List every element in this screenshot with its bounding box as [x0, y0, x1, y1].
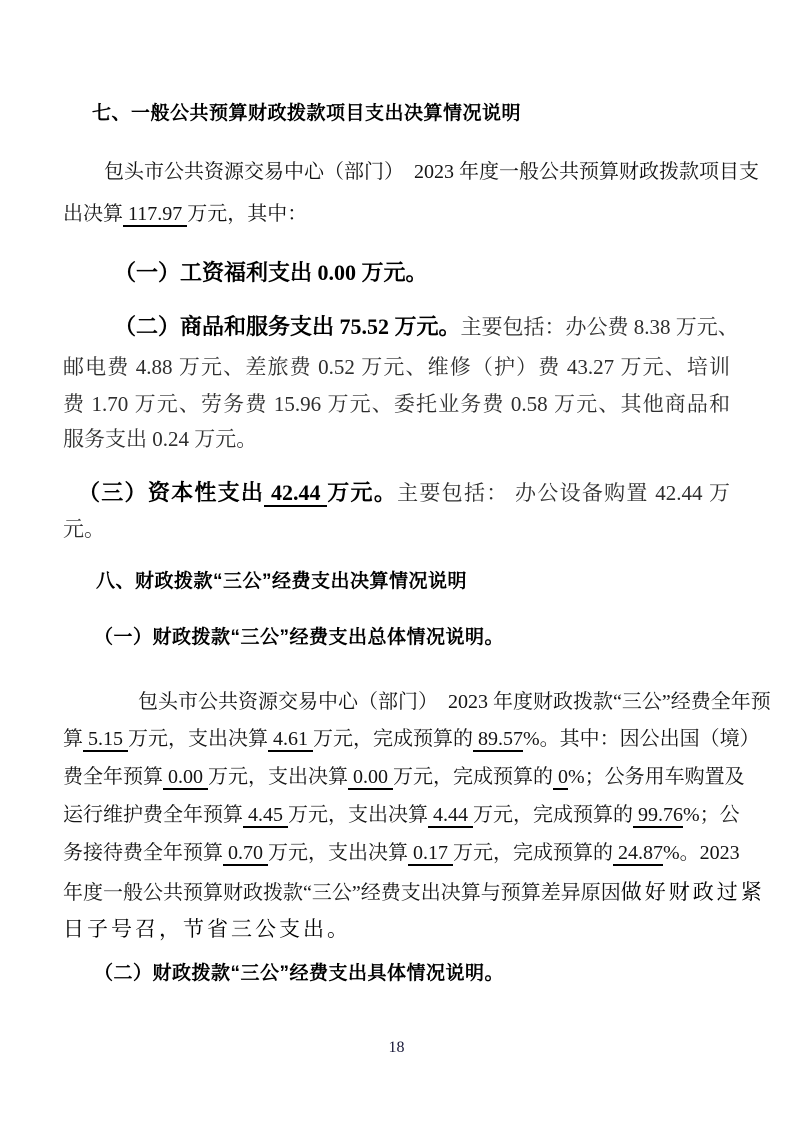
text-run: 邮电费 4.88 万元、差旅费 0.52 万元、维修（护）费 43.27 万元、…: [63, 355, 730, 379]
underlined-value: 4.44: [428, 804, 473, 828]
document-page: 七、一般公共预算财政拨款项目支出决算情况说明包头市公共资源交易中心（部门） 20…: [0, 0, 793, 1122]
para-sangong-line-7: 日子号召，节省三公支出。: [63, 916, 351, 942]
item-salary-welfare: （一）工资福利支出 0.00 万元。: [114, 259, 428, 287]
item-goods-services-line-1: （二）商品和服务支出 75.52 万元。主要包括：办公费 8.38 万元、: [114, 313, 730, 341]
heading-section-8: 八、财政拨款“三公”经费支出决算情况说明: [96, 570, 467, 594]
text-run: 八、财政拨款“三公”经费支出决算情况说明: [96, 571, 467, 592]
para-project-expense-line-2: 出决算 117.97 万元，其中：: [63, 202, 307, 227]
subheading-sangong-overall: （一）财政拨款“三公”经费支出总体情况说明。: [94, 626, 504, 650]
underlined-value: 89.57: [473, 728, 523, 752]
text-run: 主要包括：办公费 8.38 万元、: [461, 315, 739, 339]
text-run: %；公: [683, 804, 740, 826]
subheading-sangong-specific: （二）财政拨款“三公”经费支出具体情况说明。: [94, 962, 504, 986]
para-sangong-line-6: 年度一般公共预算财政拨款“三公”经费支出决算与预算差异原因做好财政过紧: [63, 879, 730, 906]
text-run: 万元，完成预算的: [313, 728, 473, 750]
text-run: （一）工资福利支出 0.00 万元。: [114, 260, 428, 285]
text-run: （一）财政拨款“三公”经费支出总体情况说明。: [94, 627, 504, 648]
underlined-value: 0.00: [348, 766, 393, 790]
text-run: 万元。: [327, 480, 397, 505]
text-run: （二）财政拨款“三公”经费支出具体情况说明。: [94, 963, 504, 984]
text-run: 万元，完成预算的: [453, 842, 613, 864]
page-number: 18: [0, 1039, 793, 1057]
text-run: 七、一般公共预算财政拨款项目支出决算情况说明: [92, 103, 521, 124]
text-run: 元。: [63, 517, 105, 541]
text-run: 万元，其中：: [187, 203, 307, 225]
para-sangong-line-3: 费全年预算 0.00 万元，支出决算 0.00 万元，完成预算的 0%；公务用车…: [63, 765, 730, 790]
text-run: 万元，完成预算的: [473, 804, 633, 826]
text-run: 运行维护费全年预算: [63, 804, 243, 826]
underlined-value: 24.87: [613, 842, 663, 866]
item-goods-services-line-2: 邮电费 4.88 万元、差旅费 0.52 万元、维修（护）费 43.27 万元、…: [63, 354, 730, 380]
underlined-value: 4.61: [268, 728, 313, 752]
text-run: （三）资本性支出: [78, 480, 264, 505]
underlined-value: 0.17: [408, 842, 453, 866]
text-run: 费 1.70 万元、劳务费 15.96 万元、委托业务费 0.58 万元、其他商…: [63, 392, 730, 416]
para-project-expense-line-1: 包头市公共资源交易中心（部门） 2023 年度一般公共预算财政拨款项目支: [104, 160, 730, 185]
text-run: 做好财政过紧: [621, 880, 765, 904]
text-run: 服务支出 0.24 万元。: [63, 427, 257, 451]
para-sangong-line-2: 算 5.15 万元，支出决算 4.61 万元，完成预算的 89.57%。其中：因…: [63, 727, 730, 752]
underlined-value: 99.76: [633, 804, 683, 828]
item-capital-expense-line-2: 元。: [63, 516, 105, 542]
para-sangong-line-5: 务接待费全年预算 0.70 万元，支出决算 0.17 万元，完成预算的 24.8…: [63, 841, 730, 866]
text-run: （二）商品和服务支出 75.52 万元。: [114, 314, 461, 339]
text-run: %。2023: [663, 842, 740, 864]
underlined-value: 0.00: [163, 766, 208, 790]
text-run: %；公务用车购置及: [568, 766, 745, 788]
text-run: 年度一般公共预算财政拨款“三公”经费支出决算与预算差异原因: [63, 882, 621, 904]
para-sangong-line-4: 运行维护费全年预算 4.45 万元，支出决算 4.44 万元，完成预算的 99.…: [63, 803, 730, 828]
text-run: 万元，支出决算: [268, 842, 408, 864]
text-run: 包头市公共资源交易中心（部门） 2023 年度一般公共预算财政拨款项目支: [104, 161, 759, 183]
text-run: %。其中：因公出国（境）: [523, 728, 760, 750]
text-run: 主要包括： 办公设备购置 42.44 万: [397, 481, 730, 505]
text-run: 万元，完成预算的: [393, 766, 553, 788]
text-run: 日子号召，节省三公支出。: [63, 917, 351, 941]
underlined-value: 42.44: [264, 480, 327, 507]
text-run: 万元，支出决算: [288, 804, 428, 826]
text-run: 万元，支出决算: [128, 728, 268, 750]
item-capital-expense-line-1: （三）资本性支出 42.44 万元。主要包括： 办公设备购置 42.44 万: [78, 479, 730, 507]
para-sangong-line-1: 包头市公共资源交易中心（部门） 2023 年度财政拨款“三公”经费全年预: [138, 690, 730, 715]
text-run: 算: [63, 728, 83, 750]
underlined-value: 117.97: [123, 203, 187, 227]
text-run: 万元，支出决算: [208, 766, 348, 788]
heading-section-7: 七、一般公共预算财政拨款项目支出决算情况说明: [92, 102, 521, 126]
underlined-value: 4.45: [243, 804, 288, 828]
text-run: 务接待费全年预算: [63, 842, 223, 864]
text-run: 出决算: [63, 203, 123, 225]
item-goods-services-line-4: 服务支出 0.24 万元。: [63, 426, 257, 452]
underlined-value: 5.15: [83, 728, 128, 752]
underlined-value: 0: [553, 766, 568, 790]
item-goods-services-line-3: 费 1.70 万元、劳务费 15.96 万元、委托业务费 0.58 万元、其他商…: [63, 391, 730, 417]
underlined-value: 0.70: [223, 842, 268, 866]
text-run: 包头市公共资源交易中心（部门） 2023 年度财政拨款“三公”经费全年预: [138, 691, 771, 713]
text-run: 费全年预算: [63, 766, 163, 788]
